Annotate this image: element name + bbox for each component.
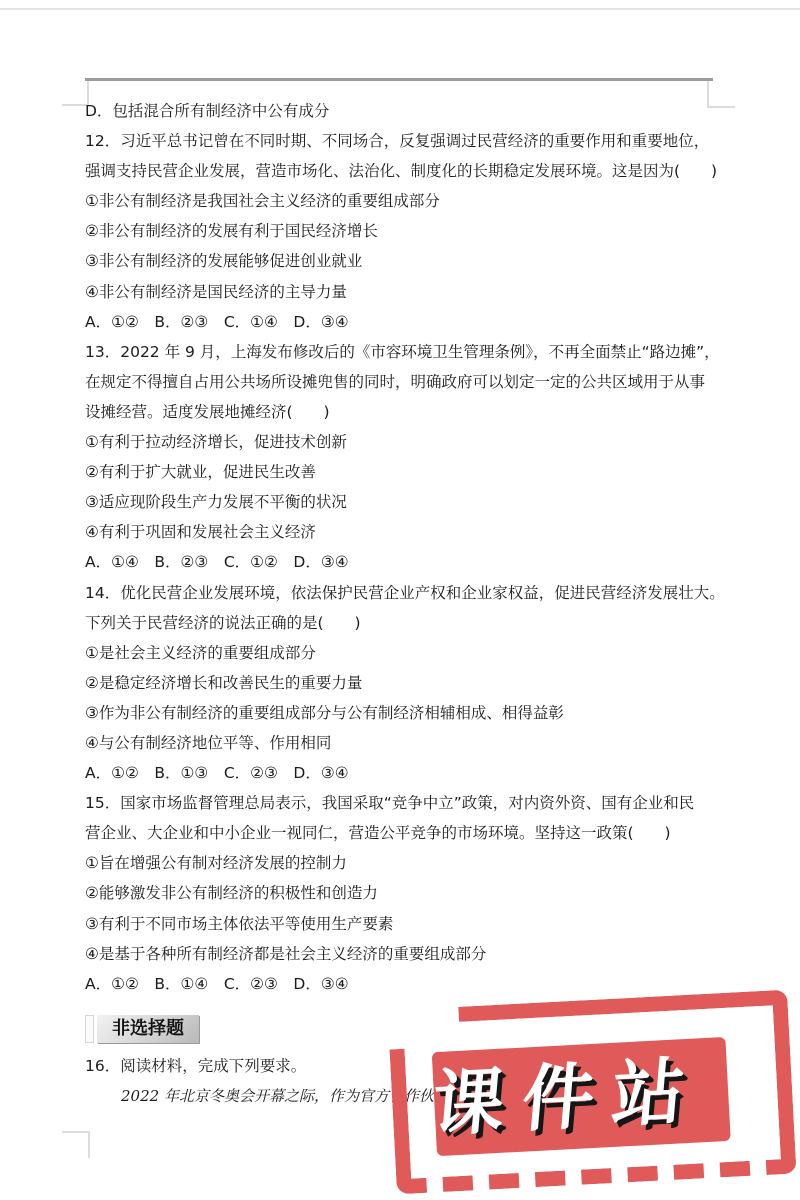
page-top-edge — [85, 78, 713, 81]
section-header-box: 非选择题 — [97, 1015, 199, 1043]
question-15-statement-line: ③有利于不同市场主体依法平等使用生产要素 — [85, 909, 717, 939]
question-13-statement-line: ①有利于拉动经济增长，促进技术创新 — [85, 427, 717, 457]
question-15-stem-line: 15．国家市场监督管理总局表示，我国采取“竞争中立”政策，对内资外资、国有企业和… — [85, 788, 717, 818]
question-13-statement-line: ②有利于扩大就业，促进民生改善 — [85, 457, 717, 487]
question-13-stem-line: 在规定不得擅自占用公共场所设摊兜售的同时，明确政府可以划定一定的公共区域用于从事 — [85, 367, 717, 397]
question-12-statement-line: ④非公有制经济是国民经济的主导力量 — [85, 277, 717, 307]
viewport-top-divider — [0, 8, 800, 10]
section-header-accent-bar — [85, 1015, 94, 1043]
question-15-statement-line: ②能够激发非公有制经济的积极性和创造力 — [85, 878, 717, 908]
question-12-stem-line: 12．习近平总书记曾在不同时期、不同场合，反复强调过民营经济的重要作用和重要地位… — [85, 126, 717, 156]
question-13-stem-line: 设摊经营。适度发展地摊经济( ) — [85, 397, 717, 427]
question-12-stem-line: 强调支持民营企业发展，营造市场化、法治化、制度化的长期稳定发展环境。这是因为( … — [85, 156, 717, 186]
question-15-stem-line: 营企业、大企业和中小企业一视同仁，营造公平竞争的市场环境。坚持这一政策( ) — [85, 818, 717, 848]
watermark-stamp: 课件站 — [387, 990, 796, 1195]
question-13-statement-line: ④有利于巩固和发展社会主义经济 — [85, 517, 717, 547]
stamp-frame-worn-gap — [384, 1004, 460, 1050]
question-14-statement-line: ③作为非公有制经济的重要组成部分与公有制经济相辅相成、相得益彰 — [85, 698, 717, 728]
question-15-statement-line: ④是基于各种所有制经济都是社会主义经济的重要组成部分 — [85, 939, 717, 969]
margin-crop-mark-bottom-left — [62, 1131, 90, 1133]
margin-crop-mark-bottom-left — [88, 1131, 90, 1158]
question-12-statement-line: ②非公有制经济的发展有利于国民经济增长 — [85, 216, 717, 246]
section-header-label: 非选择题 — [112, 1018, 184, 1039]
stamp-label: 课件站 — [428, 1033, 797, 1156]
question-14-choices-line: A．①② B．①③ C．②③ D．③④ — [85, 758, 717, 788]
question-14-stem-line: 下列关于民营经济的说法正确的是( ) — [85, 608, 717, 638]
question-12-statement-line: ①非公有制经济是我国社会主义经济的重要组成部分 — [85, 186, 717, 216]
document-viewer: D．包括混合所有制经济中公有成分12．习近平总书记曾在不同时期、不同场合，反复强… — [0, 0, 800, 1200]
text-column: D．包括混合所有制经济中公有成分12．习近平总书记曾在不同时期、不同场合，反复强… — [85, 96, 717, 1111]
question-15-statement-line: ①旨在增强公有制对经济发展的控制力 — [85, 848, 717, 878]
question-14-stem-line: 14．优化民营企业发展环境，依法保护民营企业产权和企业家权益，促进民营经济发展壮… — [85, 578, 717, 608]
question-15-choices-line: A．①② B．①④ C．②③ D．③④ — [85, 969, 717, 999]
question-12-statement-line: ③非公有制经济的发展能够促进创业就业 — [85, 246, 717, 276]
question-13-choices-line: A．①④ B．②③ C．①② D．③④ — [85, 547, 717, 577]
question-14-statement-line: ④与公有制经济地位平等、作用相同 — [85, 728, 717, 758]
answer-option-line: D．包括混合所有制经济中公有成分 — [85, 96, 717, 126]
question-14-statement-line: ②是稳定经济增长和改善民生的重要力量 — [85, 668, 717, 698]
question-13-statement-line: ③适应现阶段生产力发展不平衡的状况 — [85, 487, 717, 517]
question-14-statement-line: ①是社会主义经济的重要组成部分 — [85, 638, 717, 668]
question-13-stem-line: 13．2022 年 9 月，上海发布修改后的《市容环境卫生管理条例》，不再全面禁… — [85, 337, 717, 367]
question-12-choices-line: A．①② B．②③ C．①④ D．③④ — [85, 307, 717, 337]
